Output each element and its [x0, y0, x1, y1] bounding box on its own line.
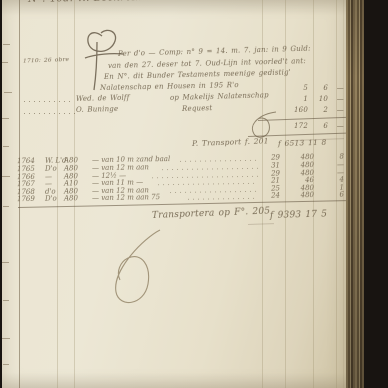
margin-tick: [3, 44, 10, 45]
item-number: 1767: [17, 180, 35, 188]
item-folio: D'o: [45, 195, 57, 203]
entry-date: 1710: 26 obre: [23, 56, 69, 64]
item-penningen: —: [330, 161, 344, 169]
amount-guilders: 1: [288, 95, 308, 103]
row-name: Wed. de Wolff: [76, 94, 130, 103]
photo-background: N°. 10d. W. Boek. Amsterdam 1710: 26 obr…: [0, 0, 388, 388]
item-account: A80: [64, 156, 78, 164]
margin-tick: [2, 118, 9, 119]
amount-stuivers: 2: [314, 106, 328, 114]
ink-flourish-icon: [100, 226, 166, 312]
ledger-page: N°. 10d. W. Boek. Amsterdam 1710: 26 obr…: [2, 0, 346, 388]
row-desc: op Makelijs Nalatenschap: [170, 91, 269, 102]
dotted-leader: [188, 198, 258, 200]
row-desc: Request: [182, 104, 213, 113]
amount-penningen: —: [332, 95, 344, 103]
margin-tick: [2, 338, 10, 339]
item-account: A10: [64, 179, 78, 187]
item-penningen: 8: [330, 153, 344, 161]
item-folio: D'o: [45, 165, 57, 173]
total-label: Transportera op F°. 205: [152, 206, 271, 221]
margin-tick: [2, 62, 8, 63]
margin-tick: [4, 92, 12, 93]
margin-tick: [3, 364, 9, 365]
row-name: O. Buninge: [76, 105, 118, 114]
item-penningen: 6: [330, 191, 344, 199]
item-account: A80: [64, 164, 78, 172]
item-qty: 29: [260, 154, 280, 162]
amount-guilders: 160: [284, 106, 308, 114]
item-qty: 24: [260, 192, 280, 200]
item-qty: 21: [260, 177, 280, 185]
amount-guilders: 172: [284, 122, 308, 130]
ornate-initial-icon: [84, 26, 124, 92]
transport-in-label: P. Transport f. 201: [192, 136, 269, 148]
item-price: 480: [290, 191, 314, 199]
item-number: 1769: [17, 195, 35, 203]
amount-penningen: —: [332, 122, 344, 130]
amount-guilders: 5: [288, 84, 308, 92]
transport-in-amount: f 6513 11 8: [278, 138, 327, 148]
dotted-leader: [24, 113, 76, 114]
amount-stuivers: 6: [314, 122, 328, 130]
item-number: 1765: [17, 165, 35, 173]
entry-line: Per d'o — Comp: n° 9 = 14. m. 7. jan: in…: [118, 45, 311, 58]
entry-line: Nalatenschap en Housen in 195 R'o: [100, 81, 239, 92]
margin-tick: [3, 206, 9, 207]
total-underline: [248, 223, 274, 225]
amount-stuivers: 10: [314, 95, 328, 103]
page-header-script: N°. 10d. W. Boek. Amsterdam: [28, 0, 188, 5]
margin-tick: [3, 300, 9, 301]
dotted-leader: [24, 101, 72, 102]
margin-tick: [2, 262, 9, 263]
item-number: 1764: [17, 157, 35, 165]
book-fore-edge: [346, 0, 364, 388]
amount-penningen: —: [332, 84, 344, 92]
margin-tick: [3, 146, 9, 147]
amount-stuivers: 6: [314, 84, 328, 92]
item-desc: — van 12 m aan 75: [92, 193, 160, 202]
item-penningen: 4: [330, 176, 344, 184]
total-amount: f 9393 17 5: [270, 210, 327, 221]
item-qty: 31: [260, 162, 280, 170]
amount-penningen: —: [332, 106, 344, 114]
item-account: A80: [64, 194, 78, 202]
item-folio: —: [45, 180, 52, 188]
